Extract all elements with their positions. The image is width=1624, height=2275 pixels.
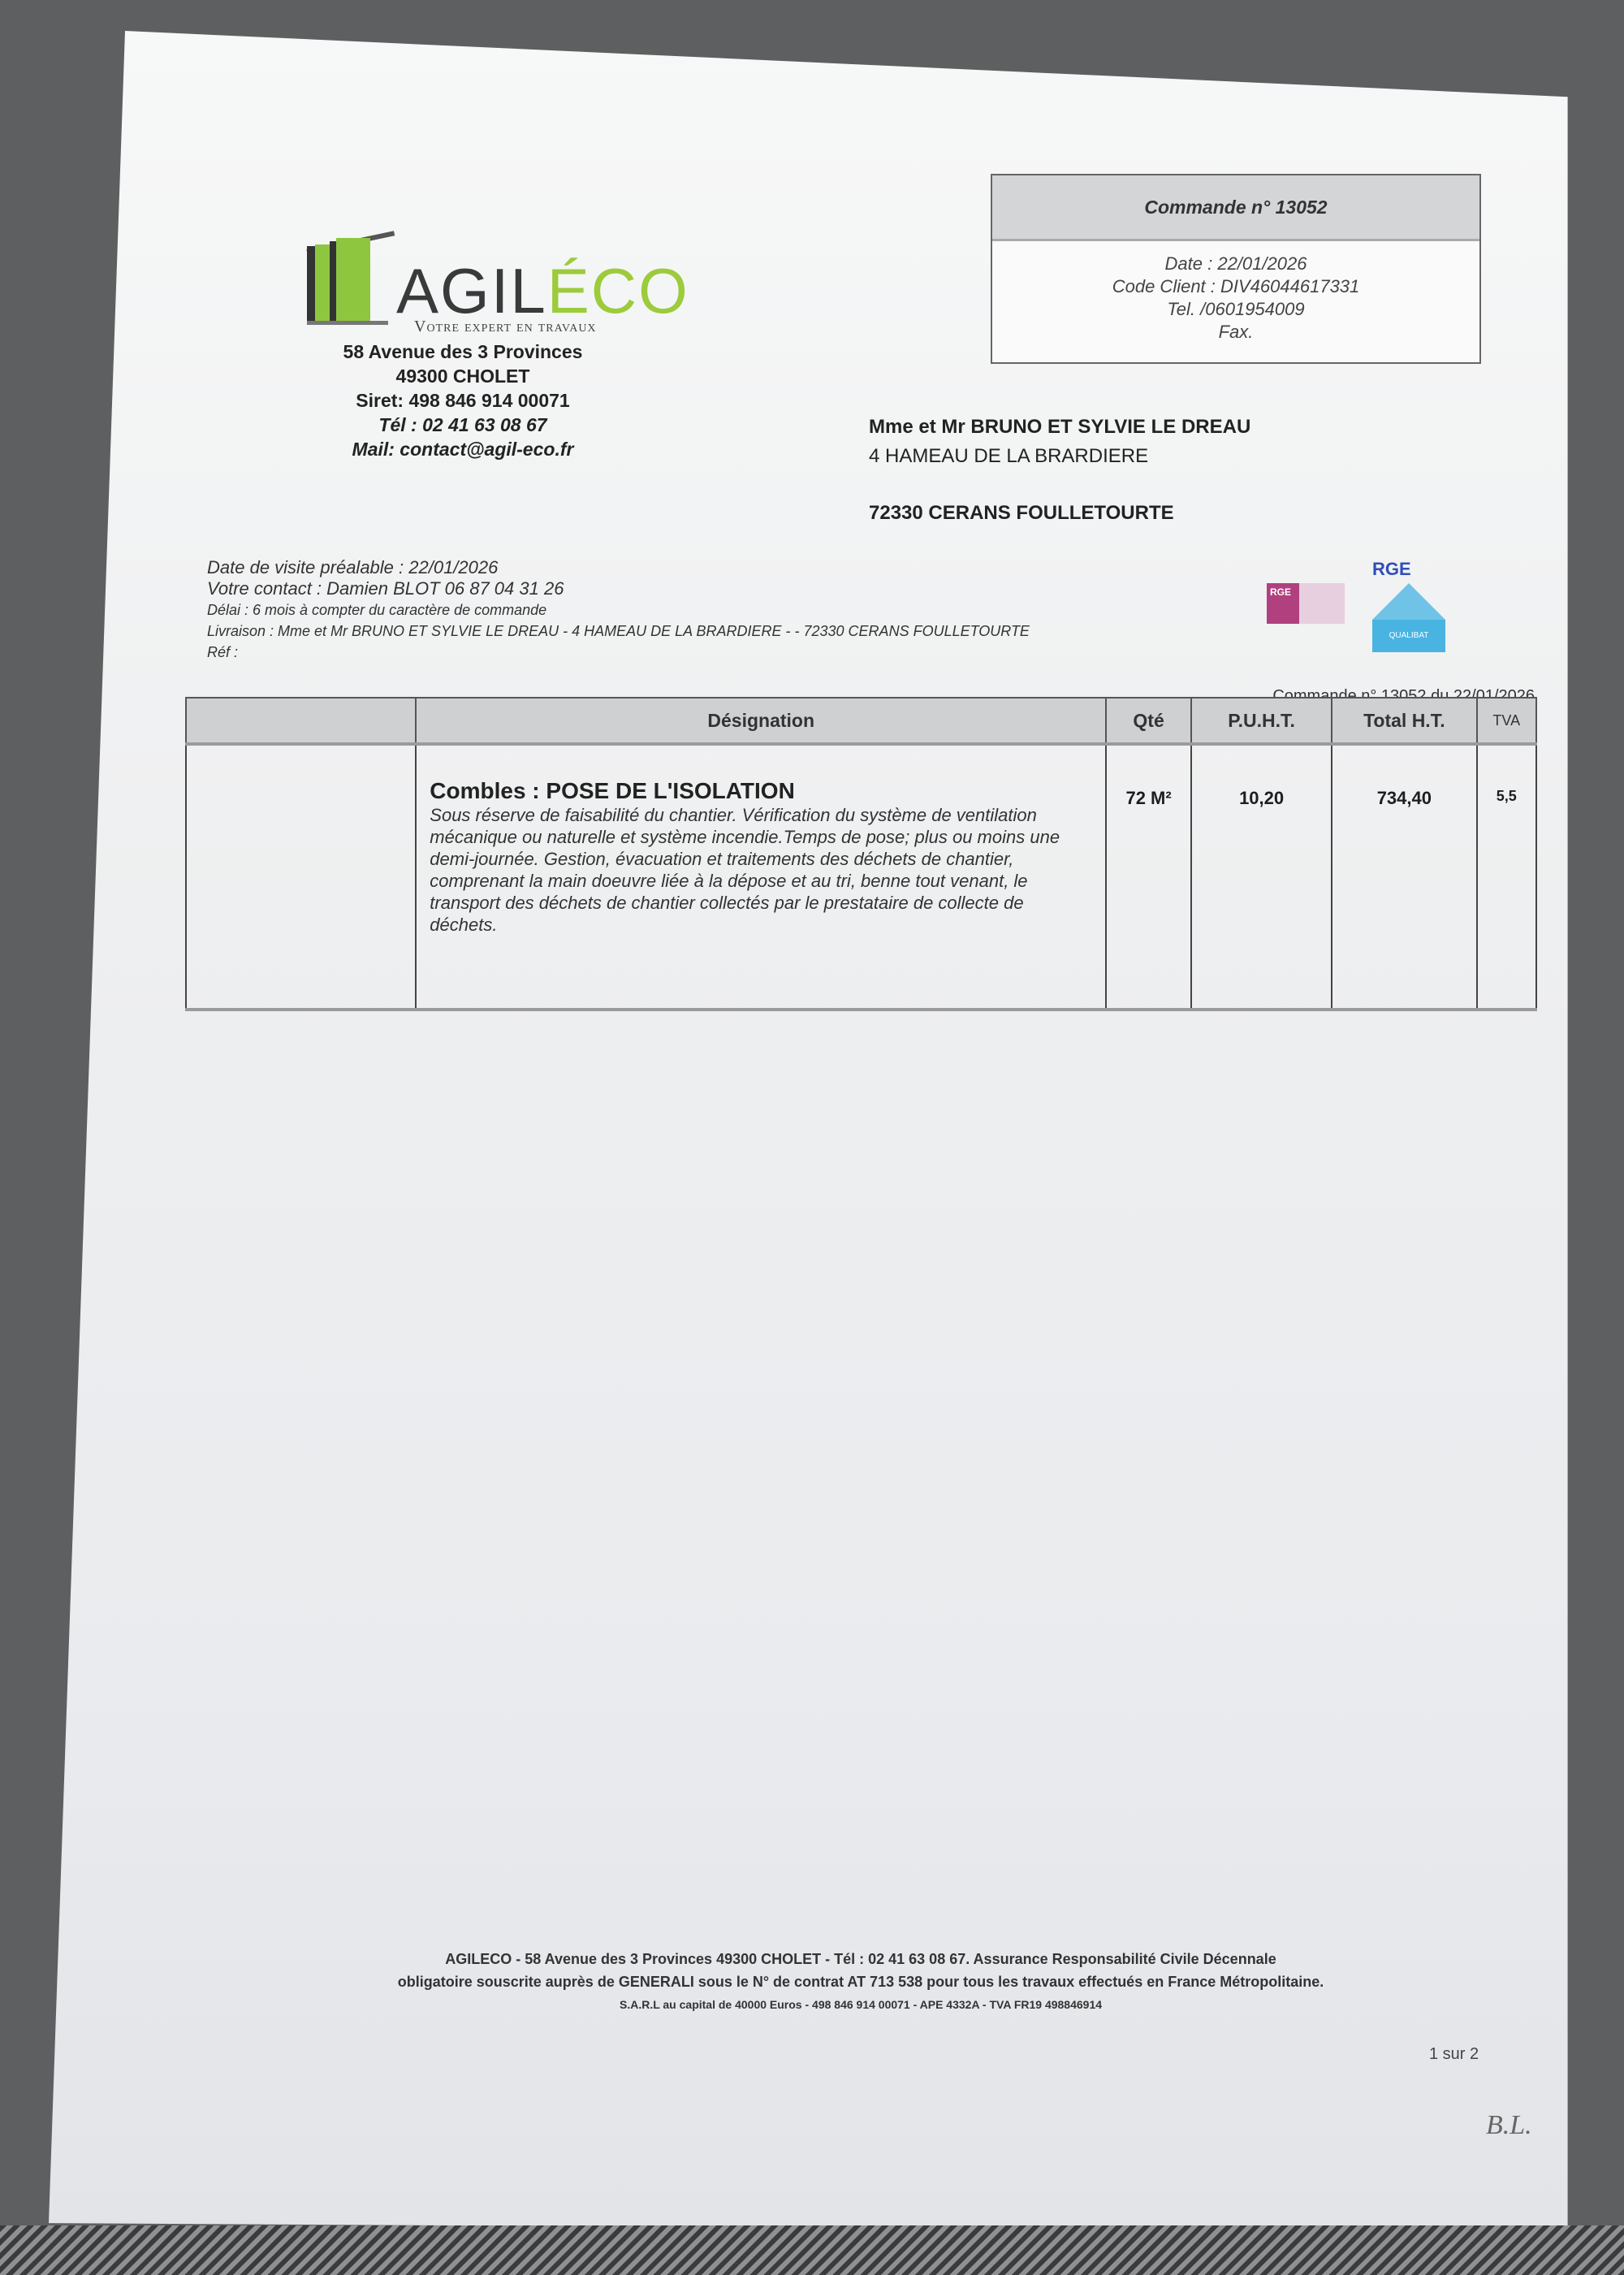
col-header-total: Total H.T.: [1332, 698, 1476, 744]
order-lines-table: Désignation Qté P.U.H.T. Total H.T. TVA …: [185, 697, 1537, 1011]
company-mail: Mail: contact@agil-eco.fr: [252, 437, 674, 461]
reference: Réf :: [207, 642, 1030, 663]
company-address-line1: 58 Avenue des 3 Provinces: [252, 340, 674, 364]
client-address-block: Mme et Mr BRUNO ET SYLVIE LE DREAU 4 HAM…: [869, 413, 1250, 528]
company-info: 58 Avenue des 3 Provinces 49300 CHOLET S…: [252, 340, 674, 461]
legal-footer: AGILECO - 58 Avenue des 3 Provinces 4930…: [292, 1948, 1429, 2016]
table-header-row: Désignation Qté P.U.H.T. Total H.T. TVA: [186, 698, 1536, 744]
delay: Délai : 6 mois à compter du caractère de…: [207, 599, 1030, 621]
rge-badge-icon: RGE: [1267, 583, 1345, 624]
cell-qty: 72 M²: [1106, 744, 1191, 1010]
col-header-qty: Qté: [1106, 698, 1191, 744]
col-header-ref: [186, 698, 416, 744]
table-row: Combles : POSE DE L'ISOLATION Sous réser…: [186, 744, 1536, 1010]
page-number: 1 sur 2: [1429, 2045, 1479, 2064]
order-date: Date : 22/01/2026: [992, 253, 1479, 275]
cell-tva: 5,5: [1477, 744, 1536, 1010]
cell-unit-price: 10,20: [1191, 744, 1332, 1010]
company-logo: AGILÉCO Votre expert en travaux: [307, 214, 762, 335]
rge-qualibat-badge-icon: RGE QUALIBAT: [1372, 559, 1445, 648]
cell-designation: Combles : POSE DE L'ISOLATION Sous réser…: [416, 744, 1106, 1010]
document-page: AGILÉCO Votre expert en travaux 58 Avenu…: [49, 31, 1575, 2232]
order-meta: Date de visite préalable : 22/01/2026 Vo…: [207, 557, 1030, 663]
house-logo-icon: [307, 230, 380, 319]
col-header-designation: Désignation: [416, 698, 1106, 744]
footer-line2: obligatoire souscrite auprès de GENERALI…: [292, 1970, 1429, 1993]
handwritten-initials: B.L.: [1486, 2110, 1532, 2141]
item-description: Sous réserve de faisabilité du chantier.…: [430, 804, 1092, 936]
background-surface: [0, 2225, 1624, 2275]
delivery-address: Livraison : Mme et Mr BRUNO ET SYLVIE LE…: [207, 621, 1030, 642]
client-street: 4 HAMEAU DE LA BRARDIERE: [869, 442, 1250, 471]
client-city: 72330 CERANS FOULLETOURTE: [869, 499, 1250, 528]
certification-badges: RGE RGE QUALIBAT: [1267, 551, 1510, 648]
contact-person: Votre contact : Damien BLOT 06 87 04 31 …: [207, 578, 1030, 599]
logo-tagline: Votre expert en travaux: [414, 318, 597, 336]
item-title: Combles : POSE DE L'ISOLATION: [430, 778, 1092, 804]
cell-total: 734,40: [1332, 744, 1476, 1010]
company-address-line2: 49300 CHOLET: [252, 364, 674, 388]
order-number-title: Commande n° 13052: [992, 175, 1479, 241]
col-header-tva: TVA: [1477, 698, 1536, 744]
visit-date: Date de visite préalable : 22/01/2026: [207, 557, 1030, 578]
footer-line1: AGILECO - 58 Avenue des 3 Provinces 4930…: [292, 1948, 1429, 1970]
client-code: Code Client : DIV46044617331: [992, 275, 1479, 298]
client-name: Mme et Mr BRUNO ET SYLVIE LE DREAU: [869, 413, 1250, 442]
company-tel: Tél : 02 41 63 08 67: [252, 413, 674, 437]
cell-ref: [186, 744, 416, 1010]
client-tel: Tel. /0601954009: [992, 298, 1479, 321]
company-siret: Siret: 498 846 914 00071: [252, 388, 674, 413]
footer-line3: S.A.R.L au capital de 40000 Euros - 498 …: [292, 1993, 1429, 2016]
col-header-unit-price: P.U.H.T.: [1191, 698, 1332, 744]
order-info-box: Commande n° 13052 Date : 22/01/2026 Code…: [991, 174, 1481, 364]
client-fax: Fax.: [992, 321, 1479, 344]
